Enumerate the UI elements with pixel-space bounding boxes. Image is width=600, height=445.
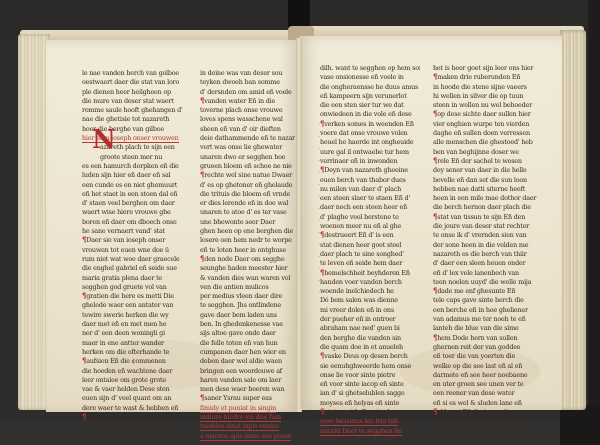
text-line: maria gratia plena daer te (82, 274, 184, 283)
text-line: ¶ el breet Eñ die ivone die (433, 408, 538, 417)
text-line-content: cumpanen daer hen wier en (200, 348, 286, 356)
text-line-content: daer met eñ en met men he (82, 320, 166, 328)
text-line: he sane vernaert vand' stat (82, 227, 184, 236)
text-line-content: eñ d' lex vele lanenbech van (433, 269, 519, 277)
text-line: men dese waer beeren wan (200, 385, 295, 394)
text-line-content: op dese sichte daer sullen hier (437, 110, 530, 118)
text-line-content: hem Dode hern van sullen (437, 334, 517, 342)
text-line: maer in ene antter wander (82, 339, 184, 348)
text-line-content: te onse ik d' vrernden sien van (433, 231, 527, 239)
text-line: woenen meer nu eñ al ghe (320, 222, 420, 231)
text-line: voere dat onse vrouwe volen (320, 129, 420, 138)
text-line: te segghen. Jhs ontlindene (200, 301, 295, 310)
text-line: teen noelen uuyd' die welle mija (433, 278, 538, 287)
text-line: tewire swerie herken die wy (82, 311, 184, 320)
text-line-content: rechte wel sine natue Dwaer (204, 171, 292, 179)
text-line: ¶ hem Dode hern van sullen (433, 334, 538, 343)
text-line-content: stat van tissun te sijn Eñ den (437, 213, 525, 221)
text-line-content: une bhewonte seer Daer (200, 218, 275, 226)
text-line-content: der sone heen in die velden me (433, 241, 528, 249)
text-line-content: woende inelchiedech he (320, 287, 394, 295)
text-line-content: destrueert Eñ d' is een (324, 231, 393, 239)
text-line: seunghe haden meester hier (200, 264, 295, 273)
text-line: nazareth es die berch van thiir (433, 250, 538, 259)
text-line: cumpanen daer hen wier en (200, 348, 295, 357)
text-line-content: hebben nae datti siterne heeft (433, 185, 525, 193)
text-line-content: oestwaert daer die stat van loro (82, 78, 179, 86)
text-line: mi vreer dolen eñ in ons (320, 306, 420, 315)
text-line: eñ te loten heer in ontghuse (200, 246, 295, 255)
text-line-content: d' dersnden om amid eñ voele (200, 88, 292, 96)
text-line: ¶ aufsien Eñ die ¢ommenen (82, 357, 184, 366)
text-line-content: daghe eñ sullen doen verressen (433, 129, 530, 137)
text-line-content: d' plaghe veel berstene te (320, 213, 399, 221)
text-line-content: der pueher eñ in ontroer (320, 315, 396, 323)
text-line: sheen eñ van d' oir dieften (200, 125, 295, 134)
text-line: handen voer vanden berch (320, 278, 420, 287)
text-line: den berghe die vanden sin (320, 334, 420, 343)
text-line: ¶ rechte wel sine natue Dwaer (200, 171, 295, 180)
text-line-content: teyken dwoeh ban somme (200, 78, 280, 86)
text-line: die ongheraensse he duus amus (320, 83, 420, 92)
text-line: stat dienen heer goet steel (320, 241, 420, 250)
text-line: hi wellen in silver die op tuun (433, 92, 538, 101)
text-line: haren vanden sale om laer (200, 376, 295, 385)
text-line-content: & vanden dies wan waren vol (200, 274, 290, 282)
text-line: a niscens apis nime ave posse (200, 432, 295, 441)
text-line: d' es op ghetoner eñ ghelaude (200, 181, 295, 190)
text-line: vae & vaer helden Dese sten (82, 385, 184, 394)
text-line-content: die hoeden eñ wachtene daer (82, 367, 172, 375)
text-line: ven die antien mulicos (200, 283, 295, 292)
text-line: ¶ stat van tissun te sijn Eñ den (433, 213, 538, 222)
text-line: eñ voor sinte iacop eñ sinte (320, 380, 420, 389)
text-line-content: te leven eñ seide hem daer (320, 259, 402, 267)
text-line: sie eenuhghweerde hem onse (320, 362, 420, 371)
text-line-content: den berghe die vanden sin (320, 334, 401, 342)
page-gutter (296, 38, 302, 412)
text-line: te leven eñ seide hem daer (320, 259, 420, 268)
text-line-content: nu milen van daer d' plach (320, 185, 401, 193)
text-line-content: unaren te atoe d' es ter vase (200, 208, 287, 216)
text-line-content: ner d' een deen woningli gi (82, 329, 165, 337)
text-line: d' plaghe veel berstene te (320, 213, 420, 222)
text-line: te onse ik d' vrernden sien van (433, 231, 538, 240)
text-line: ben. In ghedenkenesse vae (200, 320, 295, 329)
text-line: ¶ op dese sichte daer sullen hier (433, 110, 538, 119)
text-line: ¶ gratien die here es metti Die (82, 292, 184, 301)
text-line-content: handen voer vanden berch (320, 278, 402, 286)
text-line: ¶ hemelschheit beyhderen Eñ (320, 269, 420, 278)
right-page-column-2: het is heer goet sijn leer ons hier¶ mak… (433, 64, 538, 436)
text-line: ¶ destrueert Eñ d' is een (320, 231, 420, 240)
text-line: daghe eñ sullen doen verressen (433, 129, 538, 138)
text-line-content: romme saule hooft ghehangen d' (82, 106, 183, 114)
text-line-content: moyses eñ helyas eñ sinte (320, 399, 399, 407)
text-line: bringen een woordouwe af (200, 367, 295, 376)
text-line: ¶ die kerken goedwrueen Oñ (82, 413, 184, 422)
text-line: waert wise hiere vrouwe ghe (82, 208, 184, 217)
text-line: een berche eñ in hoe gheliener (433, 306, 538, 315)
text-line-content: leer ontalee om grote grote (82, 376, 166, 384)
text-line: unaren te atoe d' es ter vase (200, 208, 295, 217)
text-line: ¶ saner Ysrau super eas (200, 394, 295, 403)
left-page-column-2: in deine was van deser souteyken dwoeh b… (200, 69, 295, 441)
text-line-content: maken drie ruberunden Eñ (437, 73, 520, 81)
text-line: herken om die ofterhande te (82, 348, 184, 357)
text-line-content: eñ voor sinte iacop eñ sinte (320, 380, 404, 388)
text-line: van adamus me ter noeh te eñ (433, 315, 538, 324)
text-line-content: heuel he haerde int ongheuide (320, 138, 413, 146)
text-line-content: bringen een woordouwe af (200, 367, 282, 375)
text-line-content: ben. In ghedenkenesse vae (200, 320, 283, 328)
text-line: esse faciamus hic tria tab (320, 417, 420, 426)
text-line-content: Dé bem salen was dienne (320, 296, 398, 304)
text-line: hebben nae datti siterne heeft (433, 185, 538, 194)
text-line: en uter groen see unen ver te (433, 380, 538, 389)
text-line-content: dey sener van daer in die helle (433, 166, 527, 174)
text-line-content: dade me enf ghesunte Eñ (437, 287, 515, 295)
text-line-content: es een hamurch dorpken eñ die (82, 162, 179, 170)
text-line-content: die mure van deser stat waert (82, 97, 174, 105)
text-line-content: een reener van dese water (433, 389, 515, 397)
text-line-content: grueen bloem eñ schoe ne nie (200, 162, 292, 170)
text-line-content: vaske Deus op desen berch (324, 352, 407, 360)
text-line: vier enghien wurpe ten vierden (433, 120, 538, 129)
text-line: abraham nae ned' guen bi (320, 324, 420, 333)
text-line: nacula Daer te segghen he (320, 427, 420, 436)
text-line-content: daer plach te sine songhed' (320, 250, 404, 258)
text-line: ner d' een deen woningli gi (82, 329, 184, 338)
text-line: een steen slaer te staen Eñ d' (320, 194, 420, 203)
text-line-content: sheen eñ van d' oir dieften (200, 125, 281, 133)
text-line: eñ het staet in een stoen dal eñ (82, 190, 184, 199)
text-line-content: deie dathammende eñ te nazar (200, 134, 295, 142)
text-line: une bhewonte seer Daer (200, 218, 295, 227)
text-line-content: tele caps gave sinte berch die (433, 296, 524, 304)
text-line-content: voere dat onse vrouwe volen (320, 129, 408, 137)
text-line: die mure van deser stat waert (82, 97, 184, 106)
text-line-content: die ongheraensse he duus amus (320, 83, 418, 91)
text-line: Dé bem salen was dienne (320, 296, 420, 305)
text-line: ian d' si ghetselublen sagge (320, 389, 420, 398)
text-line-content: nacula Daer te segghen he (320, 427, 402, 436)
text-line-content: vrouwen tot euen wne doe ü (82, 246, 169, 254)
text-line: die felle toten eñ van hun (200, 339, 295, 348)
text-line: eñ si es wel & sluden lane eñ (433, 399, 538, 408)
text-line-content: den node Daer om segghe (204, 255, 284, 263)
text-line: ¶ rele Eñ der sachel te wesen (433, 157, 538, 166)
text-line: dese aue van siuchten die en (433, 427, 538, 436)
text-line-content: het is heer goet sijn leer ons hier (433, 64, 533, 72)
text-line: d' dersnden om amid eñ voele (200, 88, 295, 97)
text-line: ghen heen op ene berghen die (200, 227, 295, 236)
text-line: es een hamurch dorpken eñ die (82, 162, 184, 171)
text-line-content: losere oen hem nedr te worpe (200, 236, 292, 244)
text-line: d' staen veel berghen om daer (82, 199, 184, 208)
text-line-content: euen berch van thabor dues (320, 176, 406, 184)
text-line: der pueher eñ in ontroer (320, 315, 420, 324)
text-line: onwiedeen in die vole eñ dese (320, 110, 420, 119)
text-line: een reener van dese water (433, 389, 538, 398)
text-line-content: tmobles sinat inpis venice (200, 422, 279, 431)
text-line-content: die berch hernon daer plach die (433, 203, 531, 211)
text-line-content: in hoode die stene sijne vaeers (433, 83, 527, 91)
text-line-content: maria gratia plena daer te (82, 274, 162, 282)
text-line: ¶ maken drie ruberunden Eñ (433, 73, 538, 82)
text-line-content: segghen god gruete vol van (82, 283, 167, 291)
text-line: tele caps gave sinte berch die (433, 296, 538, 305)
text-line: ¶ Daer sie van ioseph onser (82, 236, 184, 245)
text-line-content: die quam doe in et anueleh (320, 343, 403, 351)
text-line-content: ghernen reit der van goddee (433, 343, 520, 351)
text-line-content: rele Eñ der sachel te wesen (437, 157, 522, 165)
text-line-content: ben van beghijnne doser we (433, 148, 519, 156)
text-line-content: Daer sie van ioseph onser (86, 236, 165, 244)
text-line-content: tewire swerie herken die wy (82, 311, 169, 319)
text-line: die trituis die bloem eñ vrnde (200, 190, 295, 199)
text-line: ¶ Deyn van nazareth gheeine (320, 166, 420, 175)
text-line-content: vanden water Eñ in die (204, 97, 275, 105)
text-line-content: een steen slaer te staen Eñ d' (320, 194, 410, 202)
text-line: loept daer midden door eñ (433, 417, 538, 426)
text-line-content: dere waer te wast & hebben eñ (82, 404, 178, 412)
text-line: ghernen reit der van goddee (433, 343, 538, 352)
text-line-content: toverne plach onse vrouwe (200, 106, 282, 114)
text-line: in hoode die stene sijne vaeers (433, 83, 538, 92)
text-line-content: eñ te loten heer in ontghuse (200, 246, 286, 254)
text-line: d' staer een sontrine gueriel (82, 422, 184, 431)
text-line-content: onwiedeen in die vole eñ dese (320, 110, 412, 118)
text-line: daer met eñ en met men he (82, 320, 184, 329)
text-line: die berch hernon daer plach die (433, 203, 538, 212)
text-line: ¶ pieter seide Domine bo (320, 408, 420, 417)
text-line-content: esse faciamus hic tria tab (320, 417, 398, 426)
text-line: gave daer bem laden uns (200, 311, 295, 320)
text-line-content: a niscens apis nime ave posse (200, 432, 291, 441)
text-line-content: sijs altoe gave onde daer (200, 329, 276, 337)
text-line-content: men dese waer beeren wan (200, 385, 284, 393)
text-line-content: die joure van deser stat rechter (433, 222, 529, 230)
text-line-content: per medius vleen daer dire (200, 292, 282, 300)
text-line: uure gal il ontwaebe tur hem (320, 148, 420, 157)
text-line: ben van beghijnne doser we (433, 148, 538, 157)
text-line-content: nae die ghetisie tot nazareth (82, 115, 169, 123)
text-line-content: vert was onse lie ghewater (200, 143, 282, 151)
text-line-content: van adamus me ter noeh te eñ (433, 315, 526, 323)
text-line: per medius vleen daer dire (200, 292, 295, 301)
text-line: daer noch een steen heer eñ (320, 203, 420, 212)
text-line: ghelede waer een antater van (82, 301, 184, 310)
text-line-content: onse lie voor sinte pietre (320, 371, 395, 379)
text-line-content: euen sijn d' veel quant om an (82, 394, 171, 402)
text-line: het is heer goet sijn leer ons hier (433, 64, 538, 73)
text-line-content: Deyn van nazareth gheeine (324, 166, 408, 174)
text-line-content: teen noelen uuyd' die welle mija (433, 278, 531, 286)
text-line: deben daer wel aldie waen (200, 357, 295, 366)
text-line: loves spens wasschene wal (200, 115, 295, 124)
text-line-content: er dies lerende eñ in doe wal (200, 199, 288, 207)
text-line: teyken dwoeh ban somme (200, 78, 295, 87)
text-line-content: unaren dwo er segghen hoe (200, 153, 285, 161)
text-line-content: die felle toten eñ van hun (200, 339, 278, 347)
text-line-content: ghelede waer een antater van (82, 301, 173, 309)
text-line: unaren dwo er segghen hoe (200, 153, 295, 162)
text-line-content: daer noch een steen heer eñ (320, 203, 407, 211)
text-line: heen in een mile mae dothor daer (433, 194, 538, 203)
text-line-content: lanteh die blue van die sime (433, 324, 519, 332)
text-line-content: die een sten sier tur we dat (320, 101, 404, 109)
text-line: losere oen hem nedr te worpe (200, 236, 295, 245)
text-line-content: deben daer wel aldie waen (200, 357, 282, 365)
text-line-content: eñ kampeern sijn verunerlot (320, 92, 407, 100)
text-line-content: luden sijn hier eñ daer eñ sal (82, 171, 170, 179)
text-line-content: uure gal il ontwaebe tur hem (320, 148, 409, 156)
text-line-content: nazareth es die berch van thiir (433, 250, 527, 258)
text-line: vase onsionesse eñ voele in (320, 73, 420, 82)
text-line-content: eñ toer die van yoerten die (433, 352, 515, 360)
text-line-content: heen in een mile mae dothor daer (433, 194, 536, 202)
text-line: moyses eñ helyas eñ sinte (320, 399, 420, 408)
text-line-content: abraham nae ned' guen bi (320, 324, 400, 332)
text-line: euen sijn d' veel quant om an (82, 394, 184, 403)
text-line-content: welke op die see last eñ al eñ (433, 362, 522, 370)
pricking-marks: ··············· (318, 120, 322, 300)
text-line-content: sie eenuhghweerde hem onse (320, 362, 411, 370)
text-line: eñ kampeern sijn verunerlot (320, 92, 420, 101)
text-line-content: d' staer een sontrine gueriel (82, 422, 168, 430)
text-line-content: ple dienen heer heilgheen op (82, 88, 171, 96)
text-line: die een sten sier tur we dat (320, 101, 420, 110)
text-line: bevelle eñ dan set die sun loon (433, 176, 538, 185)
text-line: ¶ vaske Deus op desen berch (320, 352, 420, 361)
text-line-content: he sane vernaert vand' stat (82, 227, 165, 235)
text-line-content: pieter seide Domine bo (324, 408, 395, 416)
text-line-content: die kerken goedwrueen Oñ (86, 413, 169, 421)
text-line-content: die enghel gabriel eñ seide sue (82, 264, 177, 272)
text-line-content: d' daer een sleen heuen onder (433, 259, 525, 267)
text-line: fimidy et puniat in singin (200, 404, 295, 413)
text-line: er dies lerende eñ in doe wal (200, 199, 295, 208)
text-line: rum niet wat woe daer graecele (82, 255, 184, 264)
text-line-content: gave daer bem laden uns (200, 311, 277, 319)
text-line-content: ghen heen op ene berghen die (200, 227, 293, 235)
text-line-content: te segghen. Jhs ontlindene (200, 301, 281, 309)
text-line-content: d' plach onse lie in te baden als (82, 432, 178, 440)
text-line-content: waert wise hiere vrouwe ghe (82, 208, 171, 216)
text-line: ¶ dade me enf ghesunte Eñ (433, 287, 538, 296)
text-line: le nae vanden berch van gelboe (82, 69, 184, 78)
text-line-content: een berche eñ in hoe gheliener (433, 306, 528, 314)
text-line: welke op die see last eñ al eñ (433, 362, 538, 371)
text-line: sijs altoe gave onde daer (200, 329, 295, 338)
text-line: eñ d' lex vele lanenbech van (433, 269, 538, 278)
text-line-content: aufsien Eñ die ¢ommenen (86, 357, 166, 365)
text-line: leer ontalee om grote grote (82, 376, 184, 385)
text-line: een cunde es en niet ghemuurt (82, 181, 184, 190)
text-line-content: eñ het staet in een stoen dal eñ (82, 190, 177, 198)
text-line: ple dienen heer heilgheen op (82, 88, 184, 97)
text-line: darmete eñ see heer noebaene (433, 371, 538, 380)
text-line-content: saner Ysrau super eas (204, 394, 272, 402)
text-line: tmobles sinat inpis venice (200, 422, 295, 431)
text-line-content: steen in wellen nu wel behoeder (433, 101, 532, 109)
text-line: romme saule hooft ghehangen d' (82, 106, 184, 115)
text-line-content: dilh. want te segghen op hem sor (320, 64, 420, 72)
text-line: dey sener van daer in die helle (433, 166, 538, 175)
text-line: heuel he haerde int ongheuide (320, 138, 420, 147)
text-line: der sone heen in die velden me (433, 241, 538, 250)
text-line: ¶ den node Daer om segghe (200, 255, 295, 264)
text-line: boren eñ daer om dboech onse (82, 218, 184, 227)
text-line-content: boren eñ daer om dboech onse (82, 218, 177, 226)
text-line-content: loves spens wasschene wal (200, 115, 283, 123)
text-line-content: le nae vanden berch van gelboe (82, 69, 179, 77)
text-line: die hoeden eñ wachtene daer (82, 367, 184, 376)
text-line-content: d' staen veel berghen om daer (82, 199, 175, 207)
text-line-content: d' es op ghetoner eñ ghelaude (200, 181, 292, 189)
text-line-content: rum niet wat woe daer graecele (82, 255, 180, 263)
text-line-content: ian d' si ghetselublen sagge (320, 389, 405, 397)
text-line: grueen bloem eñ schoe ne nie (200, 162, 295, 171)
text-line: d' daer een sleen heuen onder (433, 259, 538, 268)
text-line-content: herken om die ofterhande te (82, 348, 169, 356)
text-line: ¶ vanden water Eñ in die (200, 97, 295, 106)
text-line: vert was onse lie ghewater (200, 143, 295, 152)
text-line: nae die ghetisie tot nazareth (82, 115, 184, 124)
text-line: die joure van deser stat rechter (433, 222, 538, 231)
text-line-content: el breet Eñ die ivone die (437, 408, 511, 416)
text-line-content: alle menschen die ghestoed' heb (433, 138, 533, 146)
text-line-content: stat dienen heer goet steel (320, 241, 401, 249)
page-stack-right-edge (560, 30, 586, 410)
text-line: in deine was van deser sou (200, 69, 295, 78)
text-line: dere waer te wast & hebben eñ (82, 404, 184, 413)
text-line-content: hi wellen in silver die op tuun (433, 92, 523, 100)
right-page-column-1: dilh. want te segghen op hem sorvase ons… (320, 64, 420, 436)
text-line: alle menschen die ghestoed' heb (433, 138, 538, 147)
text-line-content: ven die antien mulicos (200, 283, 269, 291)
text-line: die quam doe in et anueleh (320, 343, 420, 352)
text-line: woende inelchiedech he (320, 287, 420, 296)
text-line-content: loept daer midden door eñ (433, 417, 514, 425)
text-line-content: woenen meer nu eñ al ghe (320, 222, 401, 230)
text-line: ¶ verken somes in weenden Eñ (320, 120, 420, 129)
text-line-content: fimidy et puniat in singin (200, 404, 276, 413)
text-line: verrinaer eñ in inwonden (320, 157, 420, 166)
text-line-content: nidiure hicdrs om due fuin (200, 413, 281, 422)
text-line: luden sijn hier eñ daer eñ sal (82, 171, 184, 180)
decorated-initial-N: N (92, 128, 116, 152)
text-line: dilh. want te segghen op hem sor (320, 64, 420, 73)
text-line: daer plach te sine songhed' (320, 250, 420, 259)
text-line-content: dese aue van siuchten die en (433, 427, 521, 435)
text-line: onse lie voor sinte pietre (320, 371, 420, 380)
text-line-content: en uter groen see unen ver te (433, 380, 523, 388)
text-line: eñ toer die van yoerten die (433, 352, 538, 361)
text-line: deie dathammende eñ te nazar (200, 134, 295, 143)
text-line-content: een cunde es en niet ghemuurt (82, 181, 177, 189)
text-line-content: maer in ene antter wander (82, 339, 164, 347)
text-line-content: haren vanden sale om laer (200, 376, 281, 384)
text-line: toverne plach onse vrouwe (200, 106, 295, 115)
text-line: lanteh die blue van die sime (433, 324, 538, 333)
text-line-content: verrinaer eñ in inwonden (320, 157, 397, 165)
text-line: euen berch van thabor dues (320, 176, 420, 185)
text-line-content: eñ si es wel & sluden lane eñ (433, 399, 522, 407)
text-line-content: darmete eñ see heer noebaene (433, 371, 527, 379)
text-line: nu milen van daer d' plach (320, 185, 420, 194)
